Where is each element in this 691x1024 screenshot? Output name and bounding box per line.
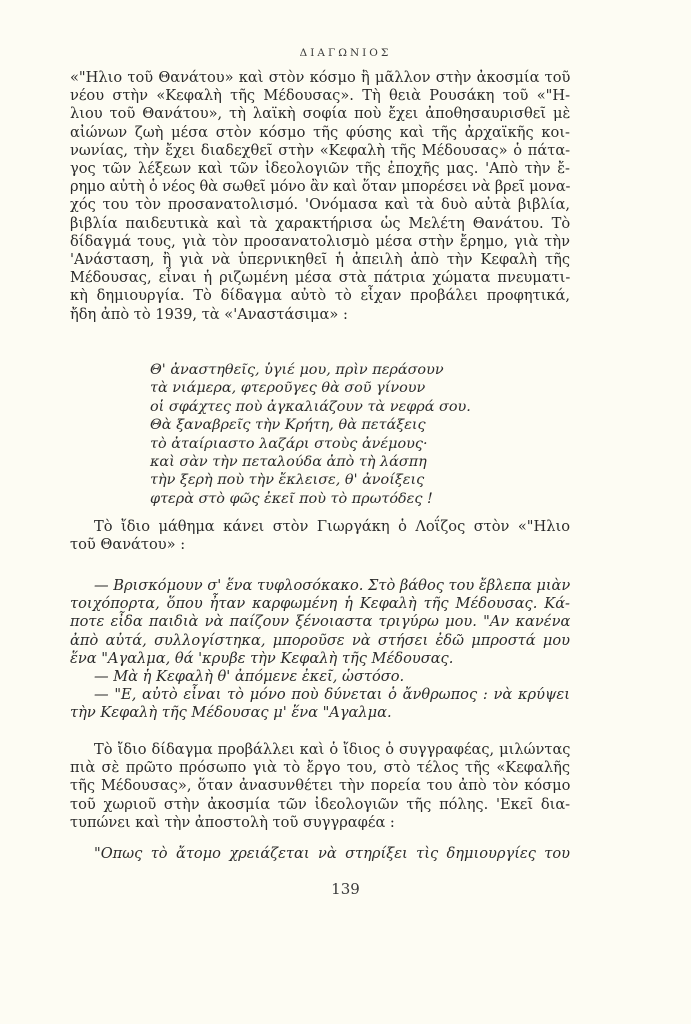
poem-verse: τὸ ἀταίριαστο λαζάρι στοὺς ἀνέμους· [150, 435, 471, 453]
text-line: Τὸ ἴδιο δίδαγμα προβάλλει καὶ ὁ ἴδιος ὁ … [70, 741, 570, 759]
text-line: νωνίας, τὴν ἔχει διαδεχθεῖ στὴν «Κεφαλὴ … [70, 142, 570, 160]
text-line: βιβλία παιδευτικὰ καὶ τὰ χαρακτήρισα ὡς … [70, 215, 570, 233]
running-head: ΔΙΑΓΩΝΙΟΣ [0, 47, 691, 59]
text-line: τοῦ Θανάτου» : [70, 536, 570, 554]
poem-block: Θ' ἀναστηθεῖς, ὑγιέ μου, πρὶν περάσουν τ… [150, 361, 471, 508]
text-line: ρημο αὐτὴ ὁ νέος θὰ σωθεῖ μόνο ἂν καὶ ὅτ… [70, 178, 570, 196]
quote-block: "Οπως τὸ ἄτομο χρειάζεται νὰ στηρίξει τὶ… [70, 845, 570, 863]
dialogue-line: ποτε εἶδα παιδιὰ νὰ παίζουν ξένοιαστα τρ… [70, 613, 570, 631]
text-line: χός του τὸν προσανατολισμό. 'Ονόμασα καὶ… [70, 196, 570, 214]
poem-verse: οἱ σφάχτες ποὺ ἀγκαλιάζουν τὰ νεφρά σου. [150, 398, 471, 416]
text-line: δίδαγμά τους, γιὰ τὸν προσανατολισμὸ μέσ… [70, 233, 570, 251]
book-page: ΔΙΑΓΩΝΙΟΣ «"Ηλιο τοῦ Θανάτου» καὶ στὸν κ… [0, 0, 691, 1024]
text-line: Τὸ ἴδιο μάθημα κάνει στὸν Γιωργάκη ὁ Λοΐ… [70, 518, 570, 536]
text-line: Μέδουσας, εἶναι ἡ ριζωμένη μέσα στὰ πάτρ… [70, 269, 570, 287]
text-line: 'Ανάσταση, ἢ γιὰ νὰ ὑπερνικηθεῖ ἡ ἀπειλὴ… [70, 251, 570, 269]
dialogue-block: — Βρισκόμουν σ' ἕνα τυφλοσόκακο. Στὸ βάθ… [70, 577, 570, 723]
page-number: 139 [0, 880, 691, 898]
poem-verse: Θ' ἀναστηθεῖς, ὑγιέ μου, πρὶν περάσουν [150, 361, 471, 379]
poem-verse: Θὰ ξαναβρεῖς τὴν Κρήτη, θὰ πετάξεις [150, 416, 471, 434]
poem-verse: τὰ νιάμερα, φτεροῦγες θὰ σοῦ γίνουν [150, 379, 471, 397]
paragraph-2: Τὸ ἴδιο μάθημα κάνει στὸν Γιωργάκη ὁ Λοΐ… [70, 518, 570, 554]
dialogue-line: — "Ε, αὐτὸ εἶναι τὸ μόνο ποὺ δύνεται ὁ ἄ… [70, 686, 570, 704]
paragraph-3: Τὸ ἴδιο δίδαγμα προβάλλει καὶ ὁ ἴδιος ὁ … [70, 741, 570, 832]
poem-verse: τὴν ξερὴ ποὺ τὴν ἔκλεισε, θ' ἀνοίξεις [150, 471, 471, 489]
text-line: λιου τοῦ Θανάτου», τὴ λαϊκὴ σοφία ποὺ ἔχ… [70, 105, 570, 123]
text-line: ἤδη ἀπὸ τὸ 1939, τὰ «'Αναστάσιμα» : [70, 306, 570, 324]
text-line: νέου στὴν «Κεφαλὴ τῆς Μέδουσας». Τὴ θειὰ… [70, 87, 570, 105]
text-line: πιὰ σὲ πρῶτο πρόσωπο γιὰ τὸ ἔργο του, στ… [70, 759, 570, 777]
text-line: τῆς Μέδουσας», ὅταν ἀνασυνθέτει τὴν πορε… [70, 777, 570, 795]
poem-verse: φτερὰ στὸ φῶς ἐκεῖ ποὺ τὸ πρωτόδες ! [150, 490, 471, 508]
dialogue-line: ἀπὸ αὐτά, συλλογίστηκα, μποροῦσε νὰ στήσ… [70, 632, 570, 650]
quote-line: "Οπως τὸ ἄτομο χρειάζεται νὰ στηρίξει τὶ… [70, 845, 570, 863]
dialogue-line: ἕνα "Αγαλμα, θά 'κρυβε τὴν Κεφαλὴ τῆς Μέ… [70, 650, 570, 668]
poem-verse: καὶ σὰν τὴν πεταλούδα ἀπὸ τὴ λάσπη [150, 453, 471, 471]
dialogue-line: — Μὰ ἡ Κεφαλὴ θ' ἀπόμενε ἐκεῖ, ὡστόσο. [70, 668, 570, 686]
text-line: «"Ηλιο τοῦ Θανάτου» καὶ στὸν κόσμο ἢ μᾶλ… [70, 69, 570, 87]
text-line: γος τῶν λέξεων καὶ τῶν ἰδεολογιῶν τῆς ἐπ… [70, 160, 570, 178]
text-line: αἰώνων ζωὴ μέσα στὸν κόσμο τῆς φύσης καὶ… [70, 124, 570, 142]
dialogue-line: — Βρισκόμουν σ' ἕνα τυφλοσόκακο. Στὸ βάθ… [70, 577, 570, 595]
text-line: τοῦ χωριοῦ στὴν ἀκοσμία τῶν ἰδεολογιῶν τ… [70, 796, 570, 814]
text-line: κὴ δημιουργία. Τὸ δίδαγμα αὐτὸ τὸ εἶχαν … [70, 287, 570, 305]
paragraph-1: «"Ηλιο τοῦ Θανάτου» καὶ στὸν κόσμο ἢ μᾶλ… [70, 69, 570, 324]
dialogue-line: τὴν Κεφαλὴ τῆς Μέδουσας μ' ἕνα "Αγαλμα. [70, 704, 570, 722]
dialogue-line: τοιχόπορτα, ὅπου ἦταν καρφωμένη ἡ Κεφαλὴ… [70, 595, 570, 613]
text-line: τυπώνει καὶ τὴν ἀποστολὴ τοῦ συγγραφέα : [70, 814, 570, 832]
